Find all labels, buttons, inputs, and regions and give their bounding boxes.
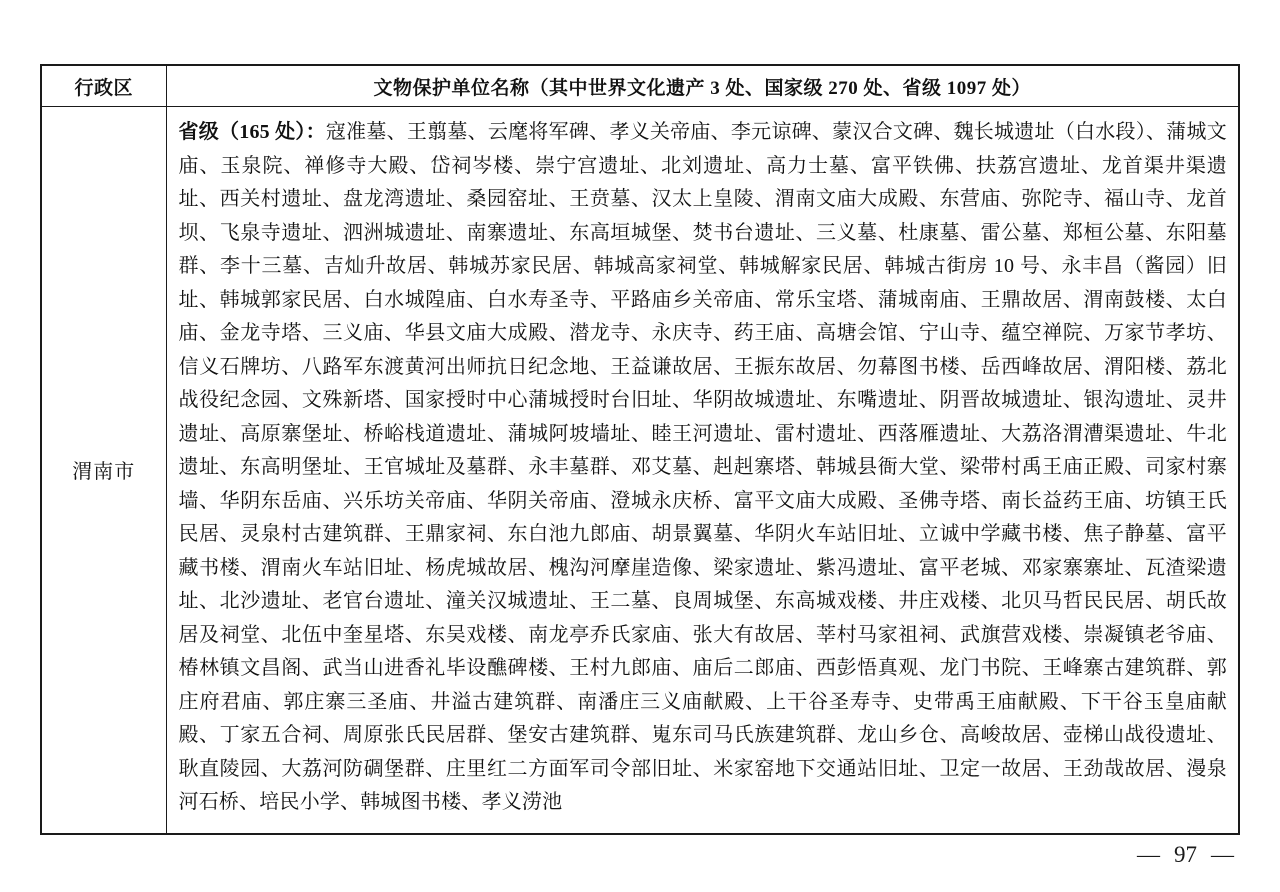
sites-cell: 省级（165 处）：寇准墓、王翦墓、云麾将军碑、孝义关帝庙、李元谅碑、蒙汉合文碑…	[166, 107, 1239, 834]
page-number-dash-right: —	[1211, 842, 1234, 868]
page-number-dash-left: —	[1137, 842, 1160, 868]
header-sites-column: 文物保护单位名称（其中世界文化遗产 3 处、国家级 270 处、省级 1097 …	[166, 65, 1239, 107]
table-row: 渭南市 省级（165 处）：寇准墓、王翦墓、云麾将军碑、孝义关帝庙、李元谅碑、蒙…	[41, 107, 1239, 834]
page-number: — 97 —	[1137, 842, 1234, 868]
sites-list-text: 寇准墓、王翦墓、云麾将军碑、孝义关帝庙、李元谅碑、蒙汉合文碑、魏长城遗址（白水段…	[179, 121, 1228, 813]
heritage-table: 行政区 文物保护单位名称（其中世界文化遗产 3 处、国家级 270 处、省级 1…	[40, 64, 1240, 835]
region-cell: 渭南市	[41, 107, 166, 834]
table-header-row: 行政区 文物保护单位名称（其中世界文化遗产 3 处、国家级 270 处、省级 1…	[41, 65, 1239, 107]
document-page: 行政区 文物保护单位名称（其中世界文化遗产 3 处、国家级 270 处、省级 1…	[0, 0, 1280, 892]
page-number-value: 97	[1174, 842, 1197, 868]
sites-level-label: 省级（165 处）：	[179, 121, 326, 143]
header-region-column: 行政区	[41, 65, 166, 107]
